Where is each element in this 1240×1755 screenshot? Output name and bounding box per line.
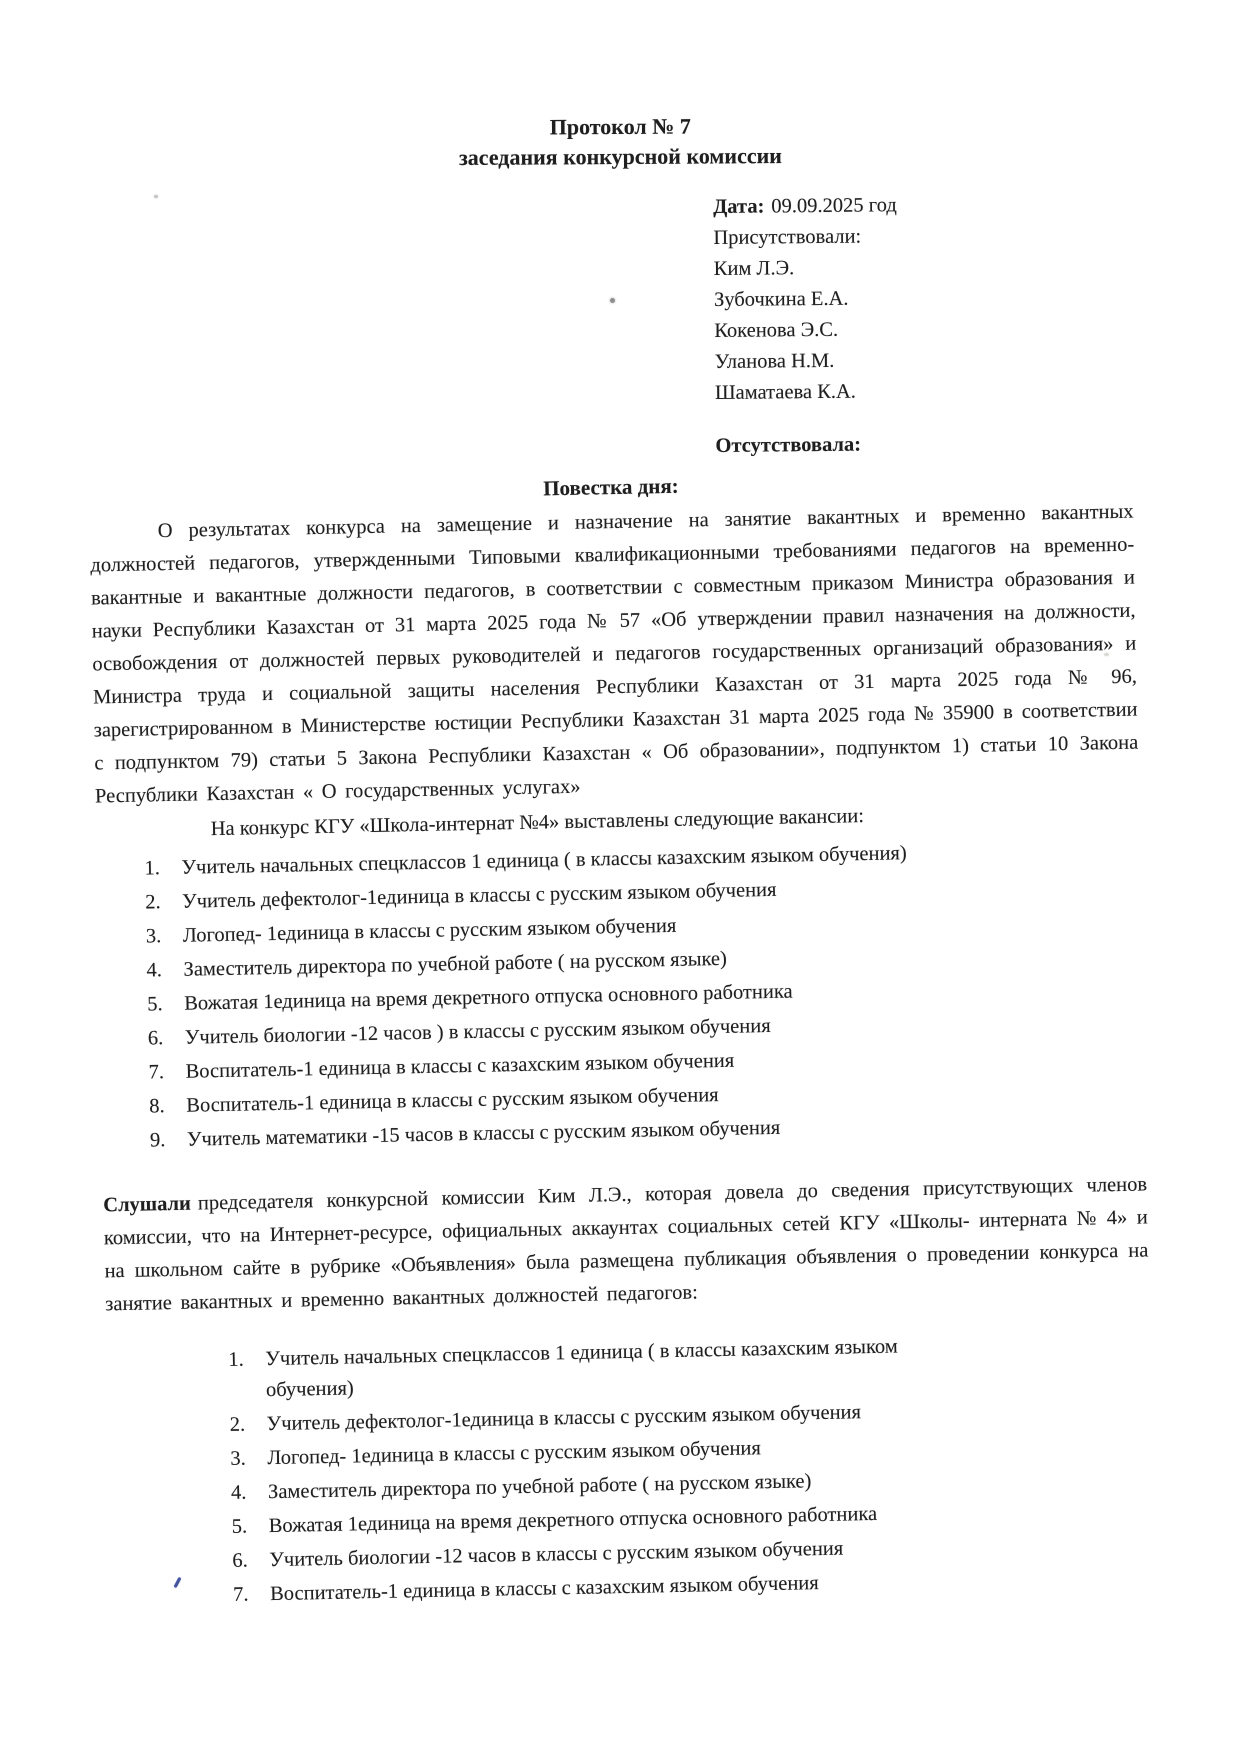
meta-block: Дата:09.09.2025 год Присутствовали: Ким … <box>713 190 899 462</box>
present-label: Присутствовали: <box>713 221 897 254</box>
present-member: Ким Л.Э. <box>714 252 898 285</box>
present-member: Зубочкина Е.А. <box>714 283 898 316</box>
heard-paragraph: Слушалипредседателя конкурсной комиссии … <box>103 1168 1149 1321</box>
scan-speck <box>154 195 158 198</box>
heard-vacancy-list: Учитель начальных спецклассов 1 единица … <box>228 1331 945 1611</box>
date-label: Дата: <box>713 196 764 218</box>
scanned-protocol-page: Протокол № 7 заседания конкурсной комисс… <box>0 0 1240 1755</box>
present-member: Кокенова Э.С. <box>714 314 898 347</box>
date-line: Дата:09.09.2025 год <box>713 190 897 223</box>
agenda-vacancy-list: Учитель начальных спецклассов 1 единица … <box>144 833 1187 1157</box>
document-body: Повестка дня: О результатах конкурса на … <box>0 460 1240 1616</box>
vacancy-item: Учитель начальных спецклассов 1 единица … <box>228 1331 941 1407</box>
date-value: 09.09.2025 год <box>771 194 897 217</box>
document-title: Протокол № 7 заседания конкурсной комисс… <box>0 0 1240 176</box>
document-title-line2: заседания конкурсной комиссии <box>0 138 1240 176</box>
scan-speck <box>1104 653 1109 656</box>
heard-lead-label: Слушали <box>103 1193 191 1217</box>
present-member: Уланова Н.М. <box>714 345 898 378</box>
scan-speck <box>610 298 615 303</box>
agenda-paragraph: О результатах конкурса на замещение и на… <box>89 496 1139 814</box>
present-member: Шаматаева К.А. <box>715 376 899 409</box>
heard-paragraph-text: председателя конкурсной комиссии Ким Л.Э… <box>104 1173 1149 1315</box>
absent-label: Отсутствовала: <box>715 429 899 462</box>
